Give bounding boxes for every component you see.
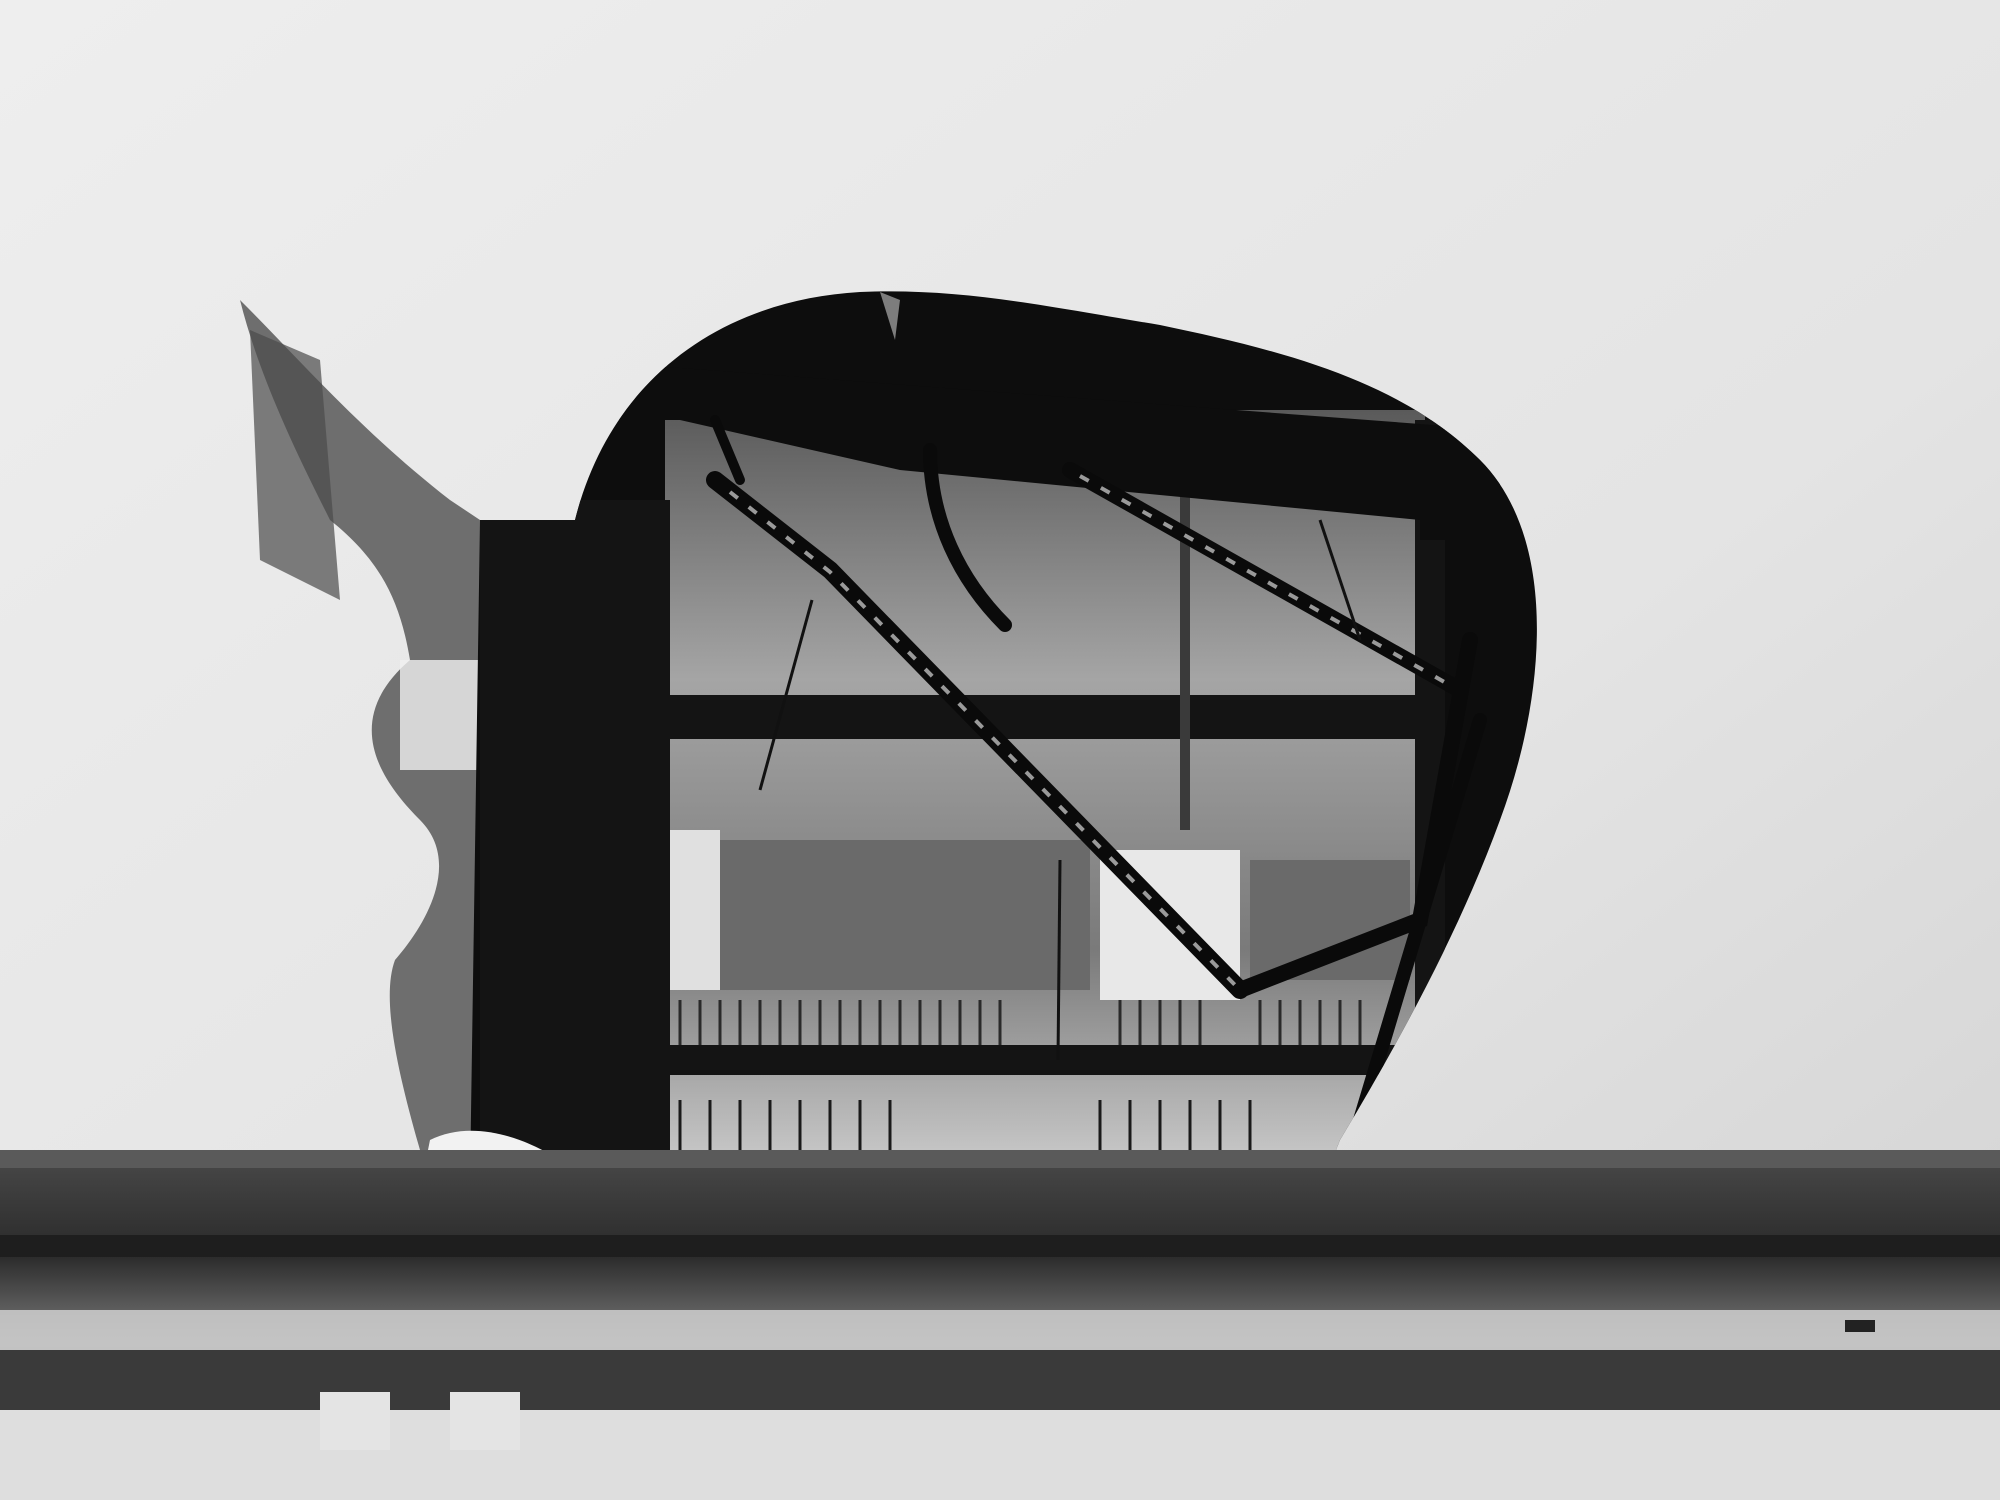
broken-window-photo bbox=[0, 0, 2000, 1500]
sill-latch-right bbox=[450, 1392, 520, 1450]
sill-latch-left bbox=[320, 1392, 390, 1450]
frame-left-post bbox=[480, 500, 670, 1200]
photo-canvas bbox=[0, 0, 2000, 1500]
